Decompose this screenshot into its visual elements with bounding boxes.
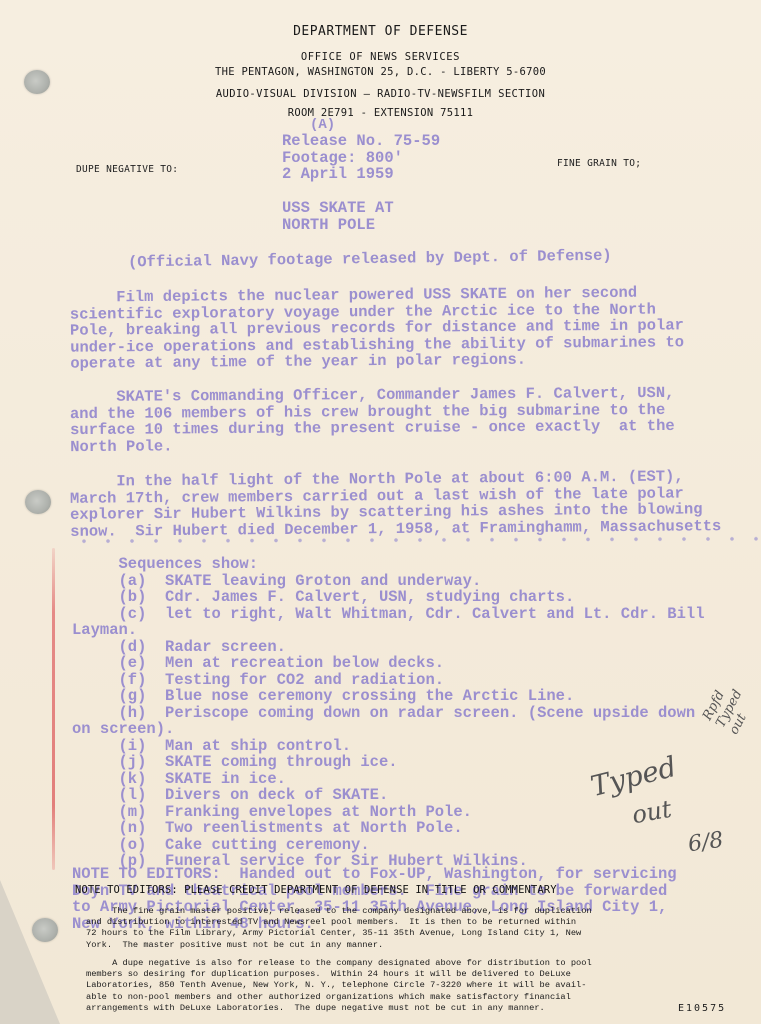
document-page: DEPARTMENT OF DEFENSE OFFICE OF NEWS SER… [0,0,761,1024]
letterhead-office: OFFICE OF NEWS SERVICES [0,51,761,63]
paragraph-wilkins: In the half light of the North Pole at a… [70,468,722,540]
paragraph-commanding-officer: SKATE's Commanding Officer, Commander Ja… [70,385,675,455]
margin-line [52,548,55,870]
release-info: Release No. 75-59 Footage: 800' 2 April … [282,133,440,183]
printed-credit-note: NOTE TO EDITORS: PLEASE CREDIT DEPARTMEN… [75,884,557,896]
subject-title: USS SKATE AT NORTH POLE [282,200,394,233]
document-number: E10575 [678,1003,726,1014]
punch-hole-icon [32,918,58,942]
fine-grain-label: FINE GRAIN TO; [557,158,641,169]
letterhead-division: AUDIO-VISUAL DIVISION — RADIO-TV-NEWSFIL… [0,88,761,100]
punch-hole-icon [25,490,51,514]
fine-print-dupe-negative: A dupe negative is also for release to t… [86,958,592,1014]
handwritten-side-note: Rpfd Typed out [700,680,759,737]
letterhead-address: THE PENTAGON, WASHINGTON 25, D.C. - LIBE… [0,66,761,78]
official-note: (Official Navy footage released by Dept.… [128,248,612,271]
dupe-negative-label: DUPE NEGATIVE TO: [76,164,178,175]
sequences-list: Sequences show: (a) SKATE leaving Groton… [72,556,705,870]
fine-print-master-positive: The fine grain master positive, released… [86,906,592,951]
paragraph-film-description: Film depicts the nuclear powered USS SKA… [70,284,685,372]
handwritten-date: 6/8 [686,828,725,858]
letterhead-room: ROOM 2E791 - EXTENSION 75111 [0,107,761,119]
letterhead-title: DEPARTMENT OF DEFENSE [0,24,761,39]
folded-corner [0,880,60,1024]
release-marker: (A) [310,117,335,133]
